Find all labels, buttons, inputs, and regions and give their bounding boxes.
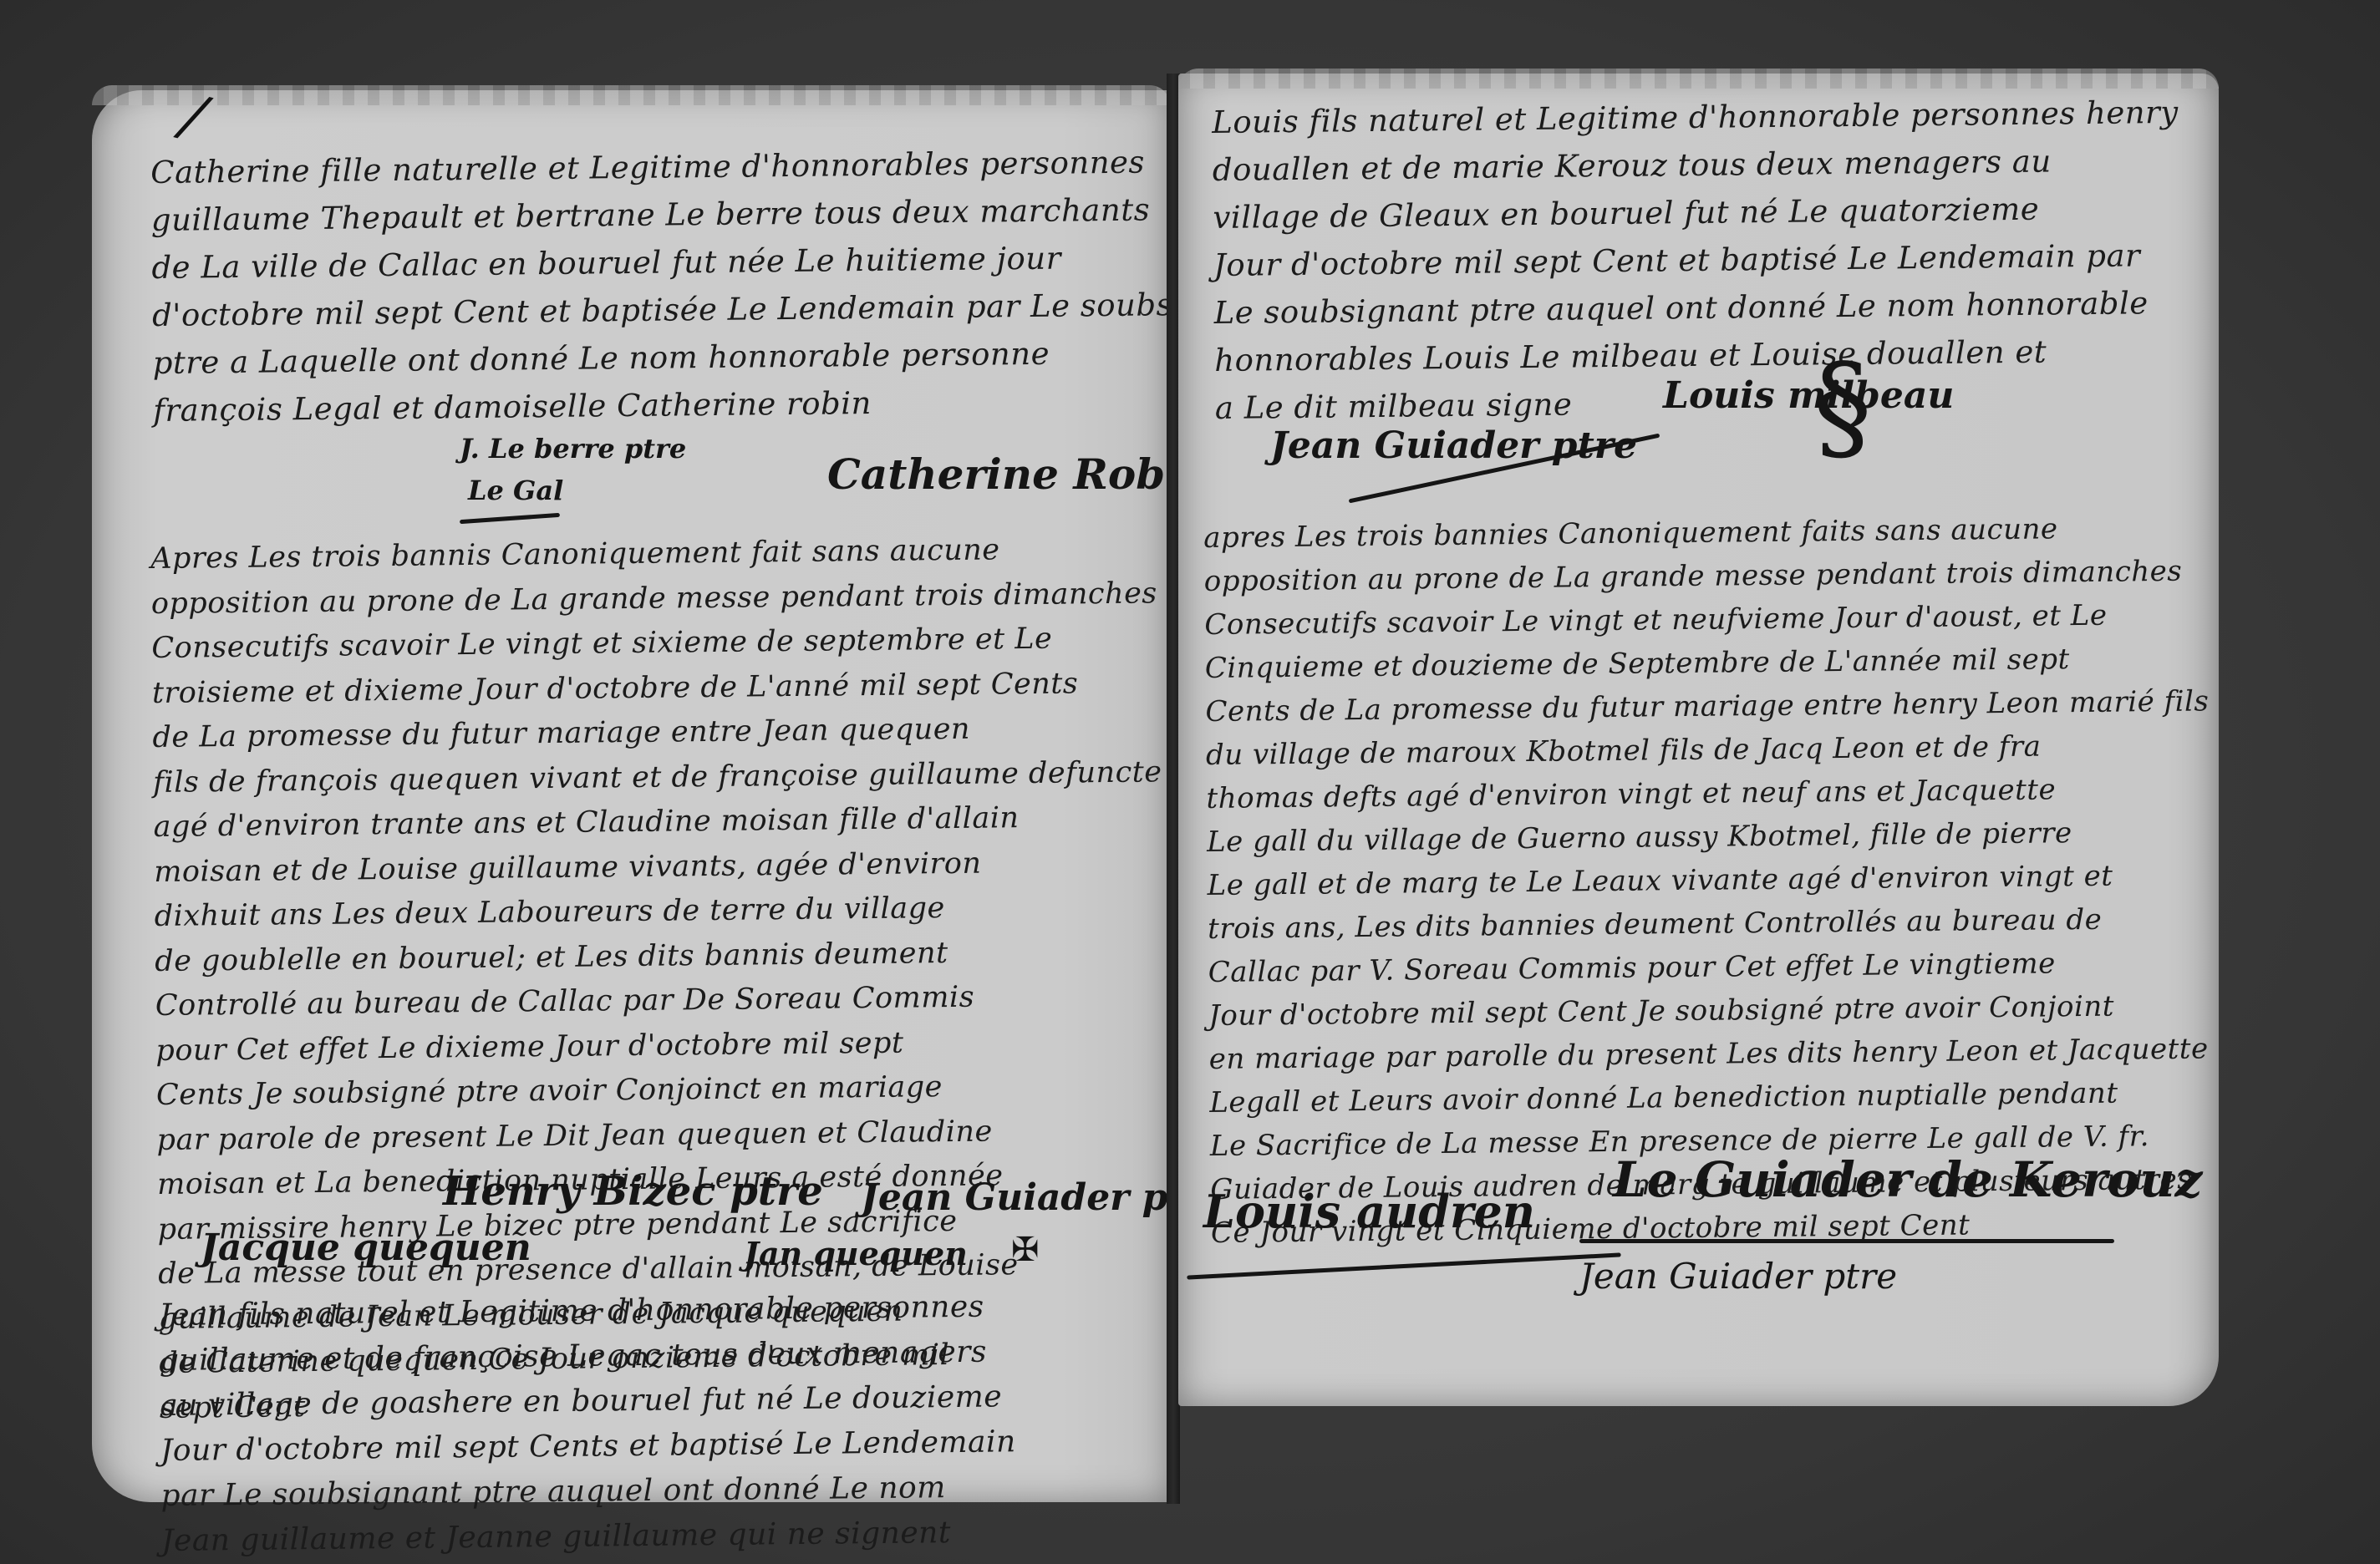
ink-stroke [460,513,560,524]
signature: Louis milbeau [1663,374,1954,417]
torn-edge [1178,69,2219,89]
cross-mark-icon: ✠ [1011,1231,1040,1269]
baptism-entry-jean: Jean fils naturel et Legitime d'honnorab… [159,1284,1017,1564]
signature: Le Gal [468,475,563,506]
signature: Henry Bizec ptre [443,1168,823,1215]
ink-stroke [1579,1239,2114,1243]
signature: Louis audren [1203,1185,1535,1238]
signature: Jean Guiader ptre [1579,1256,1897,1297]
baptism-entry-catherine: Catherine fille naturelle et Legitime d'… [150,137,1277,434]
ink-stroke [1187,1252,1621,1279]
signature: Jan quequen [744,1235,968,1272]
signature: Le Guiader de Kerouz [1613,1151,2202,1208]
register-book: / Catherine fille naturelle et Legitime … [92,74,2219,1504]
marriage-entry-leon-legall: apres Les trois bannies Canoniquement fa… [1203,505,2215,1255]
signature: Jean Guiader ptre [1270,424,1637,467]
signature: Catherine Robin [827,449,1212,499]
paraph-flourish-icon: § [1813,349,1872,466]
signature: J. Le berre ptre [460,433,686,465]
torn-edge [92,85,1170,105]
left-page: / Catherine fille naturelle et Legitime … [92,90,1170,1502]
signature: Jacque quequen [201,1226,531,1269]
text-line: Jean guillaume et Jeanne guillaume qui n… [161,1510,1017,1564]
right-page: Louis fils naturel et Legitime d'honnora… [1178,74,2219,1406]
